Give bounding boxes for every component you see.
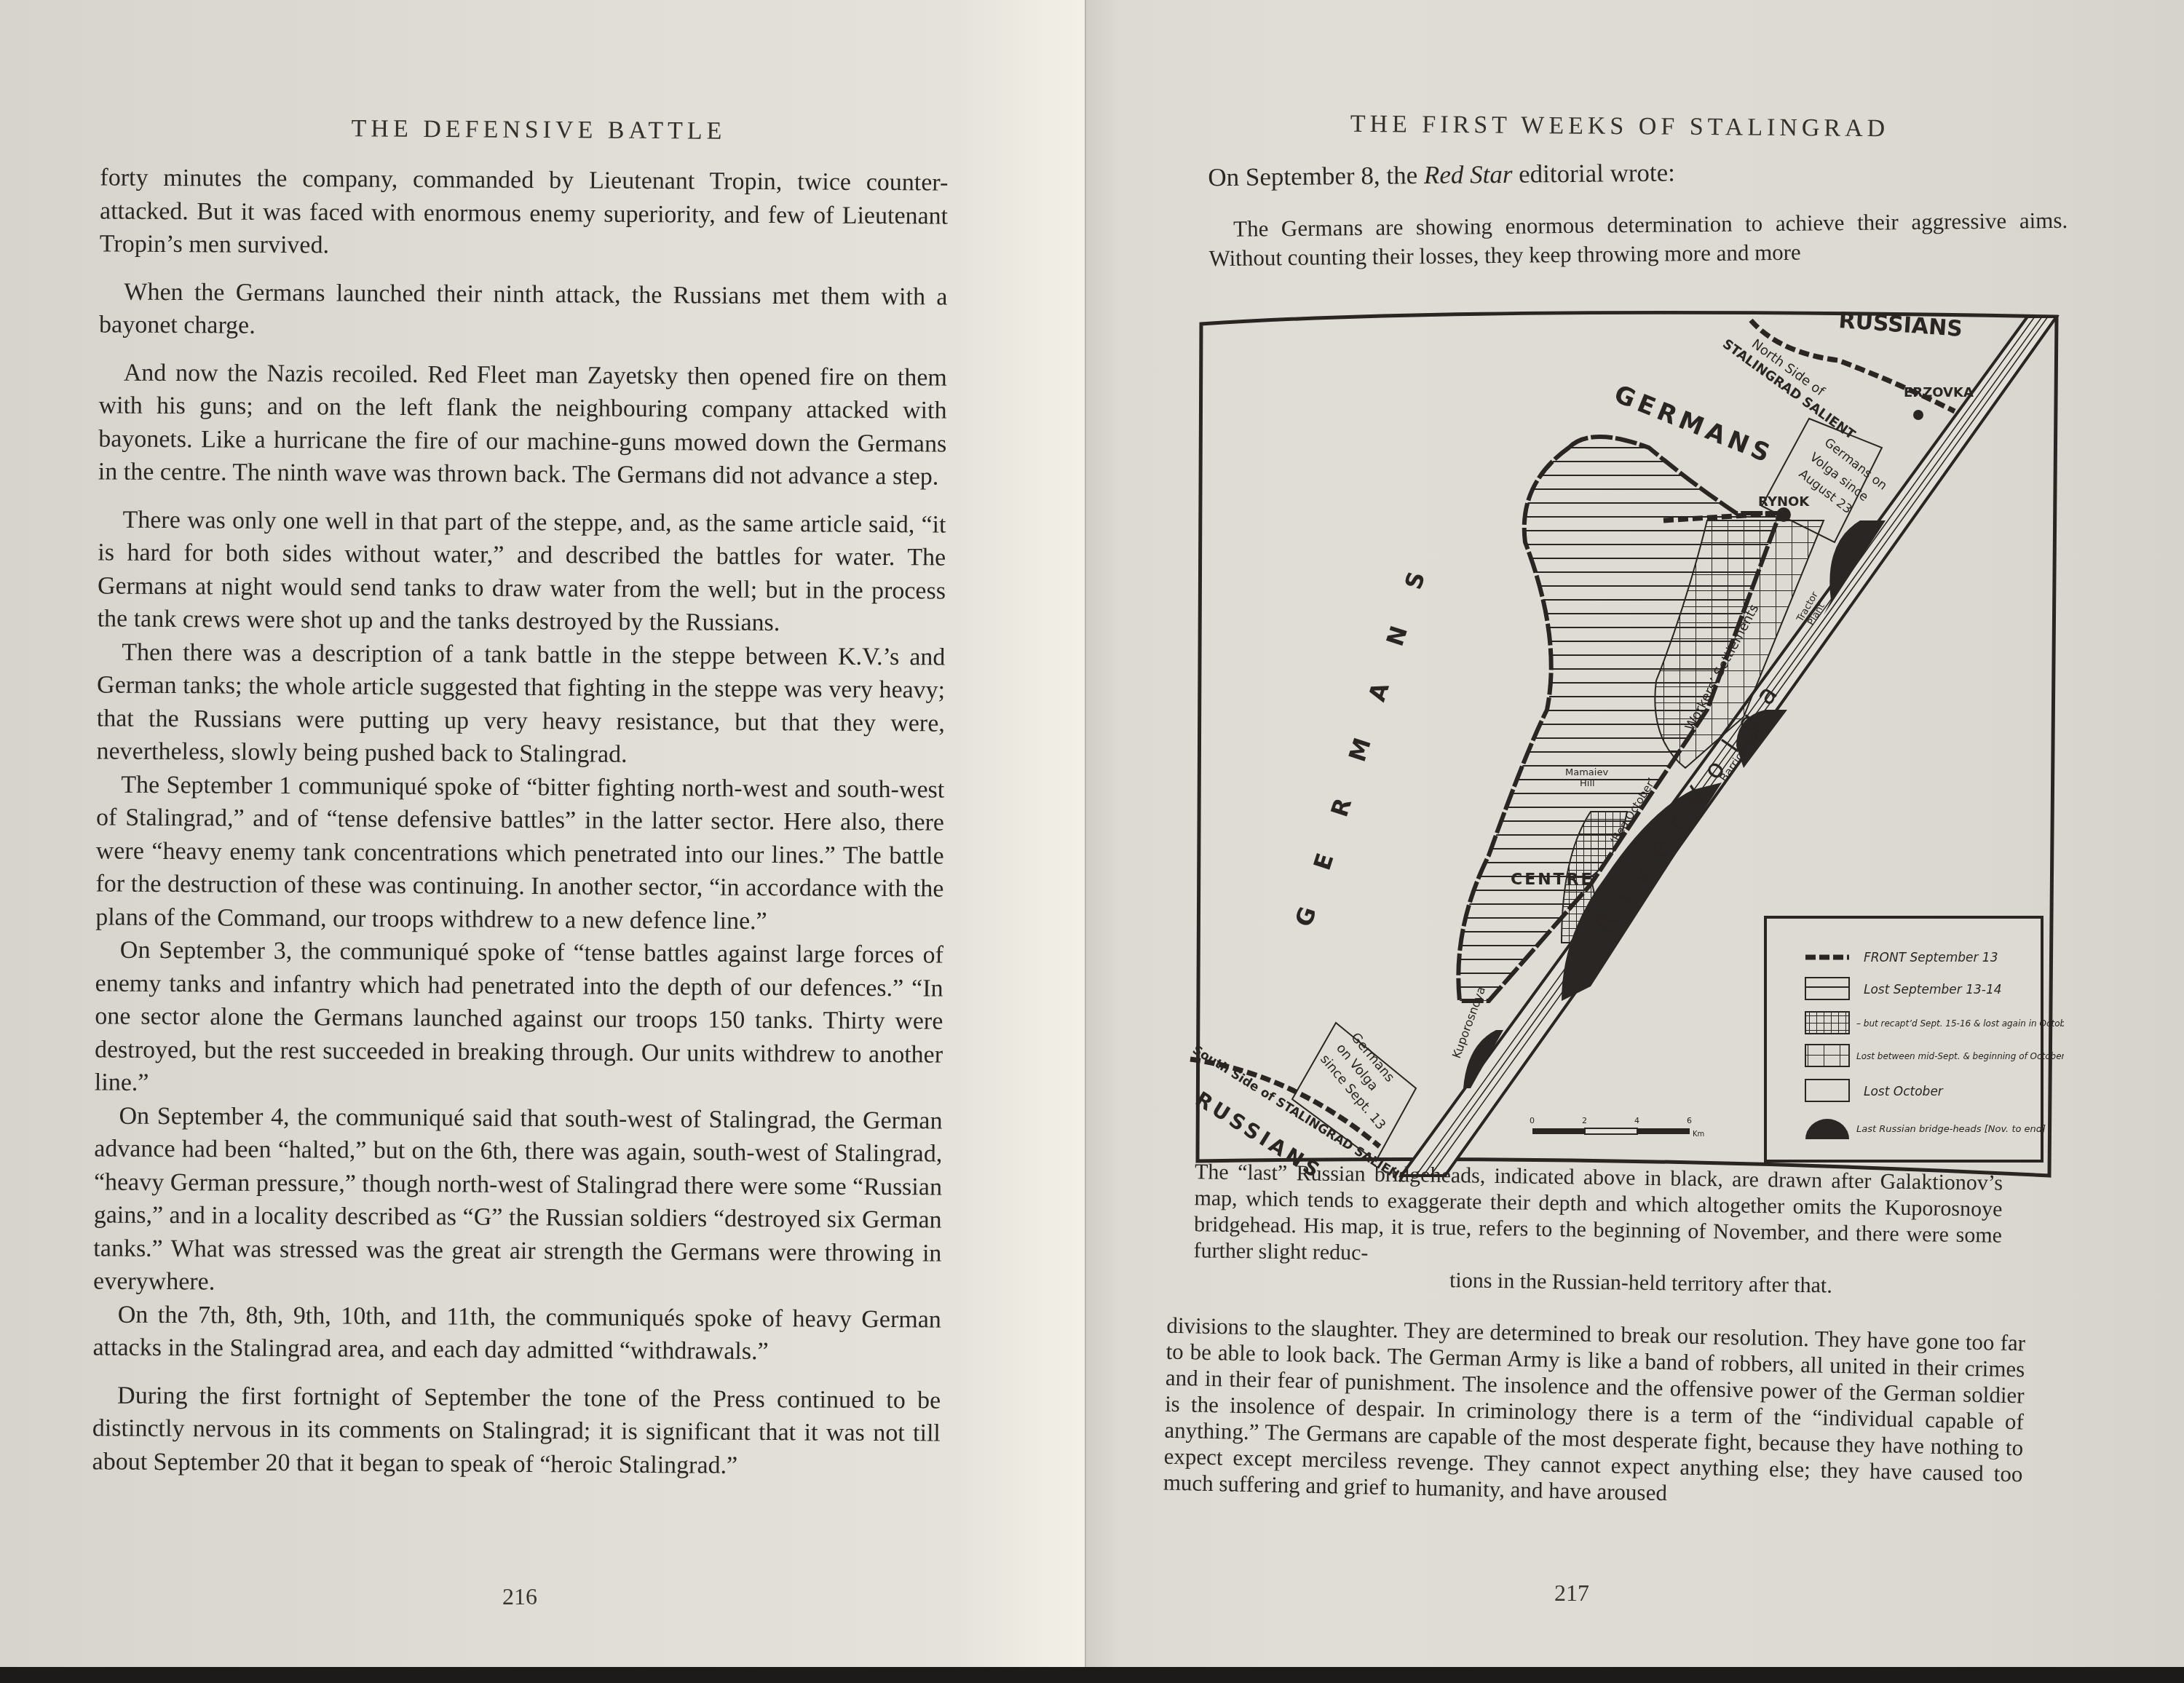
svg-text:4: 4	[1634, 1116, 1639, 1125]
map-svg: RUSSIANS North Side of STALINGRAD SALIEN…	[1183, 302, 2064, 1183]
map-legend: FRONT September 13 Lost September 13-14 …	[1765, 917, 2064, 1161]
newspaper-title: Red Star	[1424, 160, 1513, 189]
intro-lead-prefix: On September 8, the	[1208, 161, 1424, 191]
label-rynok: RYNOK	[1758, 494, 1810, 510]
left-running-head: THE DEFENSIVE BATTLE	[102, 114, 976, 147]
caption-text: The “last” Russian bridgeheads, indicate…	[1193, 1159, 2003, 1275]
legend-lost-october: Lost October	[1864, 1085, 1944, 1099]
legend-bridgeheads: Last Russian bridge-heads [Nov. to end]	[1856, 1124, 2046, 1135]
label-erzovka: ERZOVKA	[1904, 385, 1974, 400]
stalingrad-map: RUSSIANS North Side of STALINGRAD SALIEN…	[1183, 302, 2064, 1183]
paragraph: forty minutes the company, commanded by …	[100, 161, 949, 266]
intro-lead-suffix: editorial wrote:	[1512, 158, 1675, 188]
paragraph: The September 1 communiqué spoke of “bit…	[95, 768, 944, 939]
svg-text:Km: Km	[1693, 1130, 1704, 1138]
paragraph: On September 3, the communiqué spoke of …	[95, 933, 943, 1104]
label-germans-west: G E R M A N S	[1289, 553, 1436, 930]
legend-lost-mid-sept: Lost between mid-Sept. & beginning of Oc…	[1856, 1051, 2064, 1061]
paragraph: Then there was a description of a tank b…	[96, 635, 945, 773]
label-mamaev: Mamaiev	[1565, 767, 1608, 778]
label-hill: Hill	[1580, 778, 1595, 789]
editorial-quote-start: The Germans are showing enormous determi…	[1208, 205, 2068, 272]
legend-front: FRONT September 13	[1864, 951, 1998, 965]
erzovka-dot	[1913, 410, 1923, 420]
legend-lost-sept-13-14: Lost September 13-14	[1864, 983, 2002, 997]
left-page-number: 216	[502, 1583, 537, 1610]
right-page-number: 217	[1554, 1580, 1589, 1607]
legend-recaptured: – but recapt’d Sept. 15-16 & lost again …	[1856, 1018, 2064, 1029]
label-centre: CENTRE	[1511, 871, 1594, 889]
paragraph: When the Germans launched their ninth at…	[99, 275, 948, 346]
left-page: THE DEFENSIVE BATTLE forty minutes the c…	[0, 0, 1085, 1667]
paragraph: There was only one well in that part of …	[98, 503, 946, 641]
right-body-text: divisions to the slaughter. They are det…	[1163, 1312, 2025, 1514]
paragraph: During the first fortnight of September …	[92, 1379, 941, 1484]
svg-text:0: 0	[1530, 1116, 1535, 1125]
svg-text:6: 6	[1687, 1116, 1692, 1125]
scale-bar: 0 2 4 6 Km	[1530, 1116, 1704, 1138]
right-intro: On September 8, the Red Star editorial w…	[1208, 152, 2068, 273]
map-caption: The “last” Russian bridgeheads, indicate…	[1193, 1159, 2003, 1301]
svg-text:2: 2	[1582, 1116, 1587, 1125]
table-edge	[0, 1667, 2184, 1683]
paragraph: On September 4, the communiqué said that…	[93, 1099, 943, 1303]
paragraph: On the 7th, 8th, 9th, 10th, and 11th, th…	[92, 1298, 941, 1369]
paragraph: And now the Nazis recoiled. Red Fleet ma…	[98, 356, 947, 494]
left-body-text: forty minutes the company, commanded by …	[92, 161, 948, 1483]
